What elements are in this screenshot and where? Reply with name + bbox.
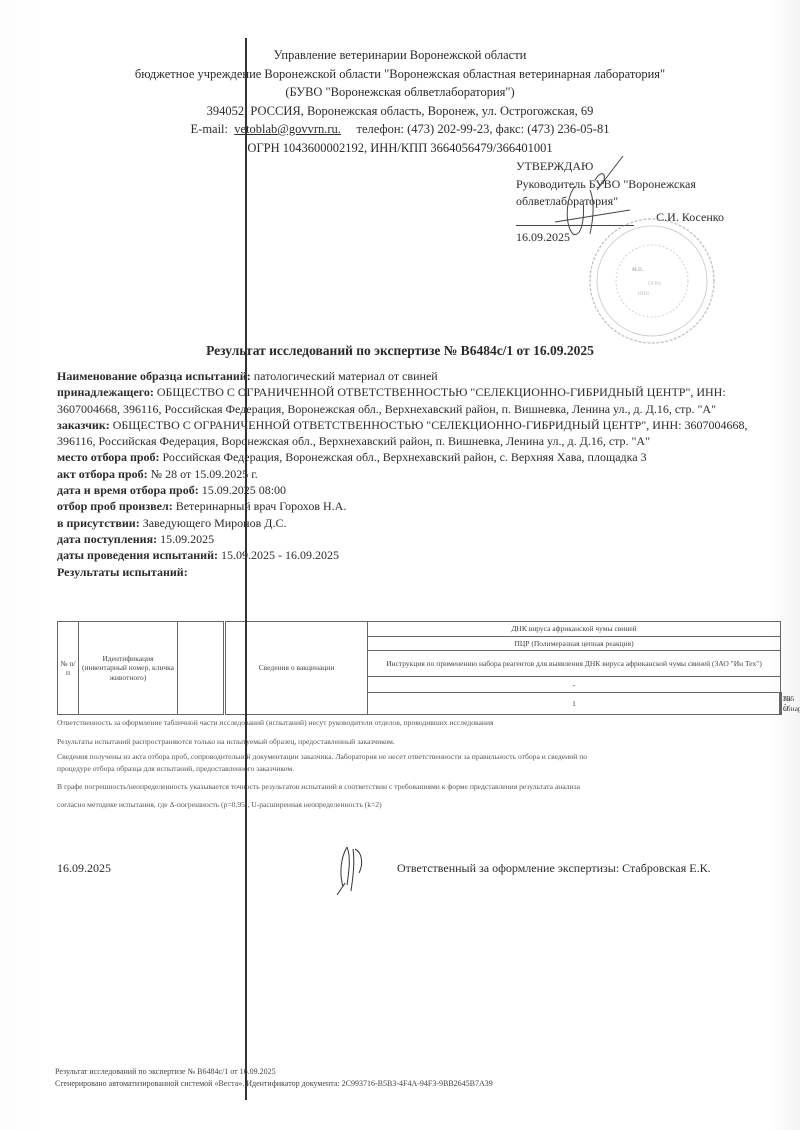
info-sampling-datetime: дата и время отбора проб: 15.09.2025 08:…: [57, 482, 777, 498]
note-source-line1: Сведения получены из акта отбора проб, с…: [57, 751, 785, 763]
note-uncertainty-line2: согласно методике испытания, где Δ-погре…: [57, 799, 785, 811]
responsible-person: Ответственный за оформление экспертизы: …: [397, 861, 711, 876]
phone-fax: телефон: (473) 202-99-23, факс: (473) 23…: [357, 122, 610, 136]
header-num: № п/п: [58, 622, 79, 715]
header-uncertainty: -: [368, 677, 781, 693]
official-stamp-icon: м.п. ОГРН ИНН: [568, 217, 724, 347]
letterhead-institution: бюджетное учреждение Воронежской области…: [100, 65, 700, 84]
info-sample-name: Наименование образца испытаний: патологи…: [57, 368, 777, 384]
letterhead-department: Управление ветеринарии Воронежской облас…: [100, 46, 700, 65]
header-instruction: Инструкция по применению набора реагенто…: [368, 651, 781, 677]
info-customer: заказчик: ОБЩЕСТВО С ОГРАНИЧЕННОЙ ОТВЕТС…: [57, 417, 777, 450]
sample-info: Наименование образца испытаний: патологи…: [57, 368, 777, 580]
svg-text:ИНН: ИНН: [638, 292, 649, 297]
responsible-signature-icon: [333, 843, 373, 898]
letterhead-contacts: E-mail: vetoblab@govvrn.ru. телефон: (47…: [100, 120, 700, 139]
scan-artifact-line: [245, 38, 247, 1100]
letterhead: Управление ветеринарии Воронежской облас…: [100, 46, 700, 157]
email-link[interactable]: vetoblab@govvrn.ru.: [234, 122, 341, 136]
info-results-heading: Результаты испытаний:: [57, 564, 777, 580]
email-label: E-mail:: [191, 122, 229, 136]
footer-generated-by: Сгенерировано автоматизированной системо…: [55, 1078, 493, 1090]
note-responsibility: Ответственность за оформление табличной …: [57, 714, 785, 733]
info-owner: принадлежащего: ОБЩЕСТВО С ОГРАНИЧЕННОЙ …: [57, 384, 777, 417]
results-table: № п/п Идентификация (инвентарный номер, …: [57, 621, 781, 715]
info-sampling-act: акт отбора проб: № 28 от 15.09.2025 г.: [57, 466, 777, 482]
header-identification: Идентификация (инвентарный номер, кличка…: [79, 622, 178, 715]
info-receipt-date: дата поступления: 15.09.2025: [57, 531, 777, 547]
signoff-date: 16.09.2025: [57, 861, 111, 876]
note-uncertainty-line1: В графе погрешность/неопределенность ука…: [57, 781, 785, 793]
letterhead-address: 394052, РОССИЯ, Воронежская область, Вор…: [100, 102, 700, 121]
header-test-target: ДНК вируса африканской чумы свиней: [368, 622, 781, 637]
info-presence: в присутствии: Заведующего Миронов Д.С.: [57, 515, 777, 531]
document-page: Управление ветеринарии Воронежской облас…: [0, 0, 800, 1130]
info-test-dates: даты проведения испытаний: 15.09.2025 - …: [57, 547, 777, 563]
note-source-line2: процедуре отбора образца для испытаний, …: [57, 763, 785, 775]
letterhead-short-name: (БУВО "Воронежская облветлаборатория"): [100, 83, 700, 102]
cell-num: 1: [368, 693, 781, 715]
header-blank: [178, 622, 225, 715]
note-scope: Результаты испытаний распространяются то…: [57, 733, 785, 752]
footer-report-ref: Результат исследований по экспертизе № В…: [55, 1066, 493, 1078]
info-sampled-by: отбор проб произвел: Ветеринарный врач Г…: [57, 498, 777, 514]
header-method: ПЦР (Полимеразная цепная реакция): [368, 637, 781, 651]
svg-text:м.п.: м.п.: [632, 265, 644, 273]
report-title: Результат исследований по экспертизе № В…: [150, 343, 650, 359]
svg-text:ОГРН: ОГРН: [648, 282, 661, 287]
document-footer: Результат исследований по экспертизе № В…: [55, 1066, 493, 1090]
info-sampling-place: место отбора проб: Российская Федерация,…: [57, 449, 777, 465]
notes: Ответственность за оформление табличной …: [57, 714, 785, 817]
